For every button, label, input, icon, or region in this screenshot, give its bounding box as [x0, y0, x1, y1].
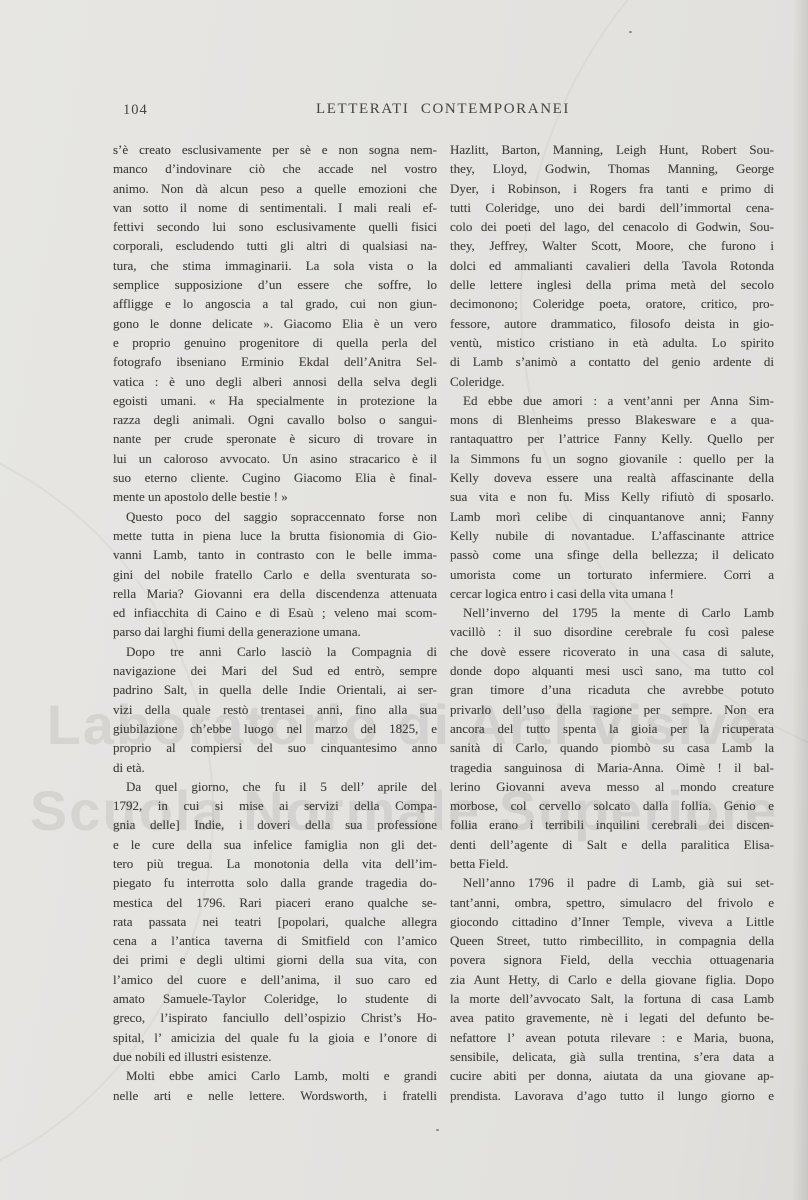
text-line: gini del nobile fratello Carlo e della s… — [113, 565, 437, 584]
text-line: sua vita e non fu. Miss Kelly rifiutò di… — [450, 487, 774, 506]
text-line: Queen Street, tutto rimbecillito, in com… — [450, 931, 774, 950]
text-line: decimonono; Coleridge poeta, oratore, cr… — [450, 294, 774, 313]
text-line: vizi della quale restò trentasei anni, f… — [113, 700, 437, 719]
left-column: s’è creato esclusivamente per sè e non s… — [113, 140, 437, 1105]
text-line: cercar logica entro i casi della vita um… — [450, 584, 774, 603]
text-line: ed infiacchita di Caino e di Esaù ; vele… — [113, 603, 437, 622]
text-line: vanni Lamb, tanto in contrasto con le be… — [113, 545, 437, 564]
text-line: Molti ebbe amici Carlo Lamb, molti e gra… — [113, 1066, 437, 1085]
text-line: zia Aunt Hetty, di Carlo e della giovane… — [450, 970, 774, 989]
text-line: s’è creato esclusivamente per sè e non s… — [113, 140, 437, 159]
page-header: 104 LETTERATI CONTEMPORANEI — [113, 101, 773, 121]
text-line: nelle arti e nelle lettere. Wordsworth, … — [113, 1086, 437, 1105]
text-line: manco d’indovinare ciò che accade nel vo… — [113, 159, 437, 178]
text-line: tragedia sanguinosa di Maria-Anna. Oimè … — [450, 758, 774, 777]
text-line: rella Maria? Giovanni era della discende… — [113, 584, 437, 603]
text-line: gran timore d’una ricaduta che avrebbe p… — [450, 680, 774, 699]
text-line: mente un apostolo delle bestie ! » — [113, 487, 437, 506]
text-line: mette tutta in piena luce la brutta fisi… — [113, 526, 437, 545]
text-line: greco, l’ispirato fanciullo dell’ospizio… — [113, 1008, 437, 1027]
text-line: e le cure della sua infelice famiglia no… — [113, 835, 437, 854]
text-line: animo. Non dà alcun peso a quelle emozio… — [113, 179, 437, 198]
text-line: fessore, autore drammatico, filosofo dei… — [450, 314, 774, 333]
text-line: la Simmons fu un sogno giovanile : quell… — [450, 449, 774, 468]
text-line: Hazlitt, Barton, Manning, Leigh Hunt, Ro… — [450, 140, 774, 159]
text-line: dei primi e degli ultimi giorni della su… — [113, 950, 437, 969]
text-line: Nell’inverno del 1795 la mente di Carlo … — [450, 603, 774, 622]
text-line: denti dell’agente di Salt e della parali… — [450, 835, 774, 854]
text-line: Questo poco del saggio sopraccennato for… — [113, 507, 437, 526]
text-line: umorista come un torturato infermiere. C… — [450, 565, 774, 584]
text-line: van sotto il nome di sentimentali. I mal… — [113, 198, 437, 217]
text-line: affligge e lo angoscia a tal grado, cui … — [113, 294, 437, 313]
page-edge-shadow — [792, 0, 808, 1200]
text-line: povera signora Field, della vecchia ottu… — [450, 950, 774, 969]
text-line: di Lamb s’animò a contatto del genio ard… — [450, 352, 774, 371]
text-line: ancora del tutto spenta la gioia per la … — [450, 719, 774, 738]
text-line: tutti Coleridge, uno dei bardi dell’immo… — [450, 198, 774, 217]
text-line: cucire abiti per donna, aiutata da una g… — [450, 1066, 774, 1085]
dust-speck — [436, 1129, 439, 1131]
text-line: mestica del 1796. Rari piaceri erano qua… — [113, 893, 437, 912]
text-line: vatica : è uno degli alberi annosi della… — [113, 372, 437, 391]
text-line: corporali, escludendo tutti gli altri di… — [113, 236, 437, 255]
text-line: Dopo tre anni Carlo lasciò la Compagnia … — [113, 642, 437, 661]
text-line: avea patito gravemente, nè i legati del … — [450, 1008, 774, 1027]
running-title: LETTERATI CONTEMPORANEI — [113, 101, 773, 118]
text-line: tura, che stima immaginarii. La sola vis… — [113, 256, 437, 275]
text-line: rantaquattro per l’attrice Fanny Kelly. … — [450, 429, 774, 448]
text-line: l’amico del cuore e dell’anima, il suo c… — [113, 970, 437, 989]
text-line: di età. — [113, 758, 437, 777]
text-line: delle lettere inglesi della prima metà d… — [450, 275, 774, 294]
text-line: Lamb morì celibe di cinquantanove anni; … — [450, 507, 774, 526]
text-line: parso dai larghi fiumi della generazione… — [113, 622, 437, 641]
text-line: passò come una sfinge della bellezza; il… — [450, 545, 774, 564]
text-line: Coleridge. — [450, 372, 774, 391]
text-line: they, Lloyd, Godwin, Thomas Manning, Geo… — [450, 159, 774, 178]
text-line: che dovè essere ricoverato in una casa d… — [450, 642, 774, 661]
text-line: Da quel giorno, che fu il 5 dell’ aprile… — [113, 777, 437, 796]
text-line: Dyer, i Robinson, i Rogers fra tanti e p… — [450, 179, 774, 198]
text-line: lui un caloroso avvocato. Un asino strac… — [113, 449, 437, 468]
text-line: prendista. Lavorava d’ago tutto il lungo… — [450, 1086, 774, 1105]
text-line: due nobili ed illustri esistenze. — [113, 1047, 437, 1066]
right-column: Hazlitt, Barton, Manning, Leigh Hunt, Ro… — [450, 140, 774, 1105]
text-line: sanità di Carlo, quando piombò su casa L… — [450, 738, 774, 757]
dust-speck — [629, 31, 632, 33]
text-line: gnia delle] Indie, i doveri della sua pr… — [113, 815, 437, 834]
text-line: Kelly nubile di novantadue. L’affascinan… — [450, 526, 774, 545]
text-line: Nell’anno 1796 il padre di Lamb, già sui… — [450, 873, 774, 892]
text-line: mons di Blenheims presso Blakesware e a … — [450, 410, 774, 429]
text-line: donde dopo alquanti mesi uscì sano, ma t… — [450, 661, 774, 680]
text-line: nefattore l’ avean potuta rilevare : e M… — [450, 1028, 774, 1047]
text-line: e proprio genuino progenitore di quella … — [113, 333, 437, 352]
text-line: sensibile, delicata, già sulla trentina,… — [450, 1047, 774, 1066]
text-line: betta Field. — [450, 854, 774, 873]
text-line: fotografo ibseniano Erminio Ekdal dell’A… — [113, 352, 437, 371]
text-line: suo eterno cliente. Cugino Giacomo Elia … — [113, 468, 437, 487]
text-line: vacillò : il suo disordine cerebrale fu … — [450, 622, 774, 641]
text-line: navigazione dei Mari del Sud ed entrò, s… — [113, 661, 437, 680]
text-line: amato Samuele-Taylor Coleridge, lo stude… — [113, 989, 437, 1008]
book-page-scan: Laboratorio di Arti Visive Scuola Normal… — [0, 0, 808, 1200]
text-line: lerino Giovanni aveva messo al mondo cre… — [450, 777, 774, 796]
text-line: piegato fu interrotta solo dalla grande … — [113, 873, 437, 892]
text-line: tero più tregua. La monotonia della vita… — [113, 854, 437, 873]
text-line: ventù, mistico cristiano in età adulta. … — [450, 333, 774, 352]
text-line: giubilazione ch’ebbe luogo nel marzo del… — [113, 719, 437, 738]
text-line: padrino Salt, in quella delle Indie Orie… — [113, 680, 437, 699]
text-line: fettivi secondo lui sono esclusivamente … — [113, 217, 437, 236]
text-line: la morte dell’avvocato Salt, la fortuna … — [450, 989, 774, 1008]
text-line: dolci ed ammalianti cavalieri della Tavo… — [450, 256, 774, 275]
text-line: privarlo dell’uso della ragione per semp… — [450, 700, 774, 719]
text-line: nante per crude speronate è sicuro di tr… — [113, 429, 437, 448]
text-line: Kelly doveva essere una realtà affascina… — [450, 468, 774, 487]
text-line: colo dei poeti del lago, del cenacolo di… — [450, 217, 774, 236]
text-line: tant’anni, ombra, spettro, simulacro del… — [450, 893, 774, 912]
text-line: gono le donne delicate ». Giacomo Elia è… — [113, 314, 437, 333]
text-line: egoisti umani. « Ha specialmente in prot… — [113, 391, 437, 410]
page-number: 104 — [123, 102, 148, 119]
text-line: semplice supposizione d’un essere che so… — [113, 275, 437, 294]
text-line: giocondo cittadino d’Inner Temple, vivev… — [450, 912, 774, 931]
text-line: they, Jeffrey, Walter Scott, Moore, che … — [450, 236, 774, 255]
text-line: 1792, in cui si mise ai servizi della Co… — [113, 796, 437, 815]
text-line: rata passata nei teatri [popolari, qualc… — [113, 912, 437, 931]
text-line: proprio al compiersi del suo cinquantesi… — [113, 738, 437, 757]
text-line: spital, l’ amicizia del quale fu la gioi… — [113, 1028, 437, 1047]
text-line: morbose, col cervello solcato dalla foll… — [450, 796, 774, 815]
text-line: razza degli animali. Ogni cavallo bolso … — [113, 410, 437, 429]
text-block: s’è creato esclusivamente per sè e non s… — [113, 140, 775, 1105]
text-line: cena a l’antica taverna di Smitfield con… — [113, 931, 437, 950]
text-line: Ed ebbe due amori : a vent’anni per Anna… — [450, 391, 774, 410]
text-line: follia erano i terribili inquilini cereb… — [450, 815, 774, 834]
